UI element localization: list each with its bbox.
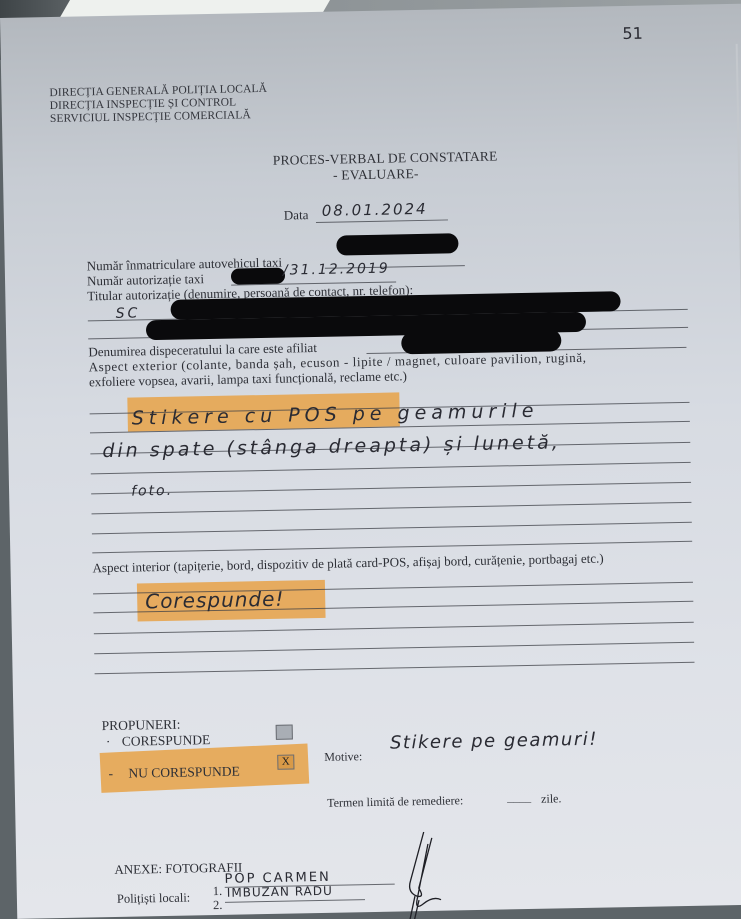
checkbox-corespunde[interactable] (276, 725, 293, 740)
proposals-heading: PROPUNERI: (101, 717, 180, 734)
interior-note: Corespunde! (145, 587, 285, 614)
interior-line-4 (94, 642, 694, 655)
redaction-registration (336, 233, 458, 255)
exterior-line-5 (91, 482, 691, 495)
officer-1-index: 1. (213, 884, 223, 899)
interior-line-3 (94, 622, 694, 635)
option-label: NU CORESPUNDE (128, 764, 240, 781)
deadline-label: Termen limită de remediere: (327, 793, 463, 811)
officer-2-underline (225, 899, 365, 903)
reasons-value: Stikere pe geamuri! (390, 729, 598, 754)
option-corespunde[interactable]: · CORESPUNDE (106, 732, 211, 749)
date-label: Data (284, 207, 309, 222)
checkbox-nu-corespunde[interactable]: X (277, 754, 294, 769)
check-mark-icon: X (282, 756, 290, 768)
deadline-value[interactable]: ____ (507, 790, 531, 805)
document-page: 51 DIRECȚIA GENERALĂ POLIȚIA LOCALĂ DIRE… (0, 4, 741, 919)
header-line-3: SERVICIUL INSPECȚIE COMERCIALĂ (50, 109, 251, 126)
authorization-date: /31.12.2019 (283, 261, 390, 279)
interior-line-5 (95, 662, 695, 675)
exterior-line-6 (92, 502, 692, 515)
date-underline (316, 219, 448, 223)
signature-icon (388, 829, 460, 919)
deadline-unit: zile. (541, 791, 562, 806)
interior-label: Aspect interior (tapițerie, bord, dispoz… (92, 551, 603, 576)
officer-2-name: IMBUZAN RADU (227, 884, 333, 900)
annexes-label: ANEXE: FOTOGRAFII (114, 860, 242, 877)
option-bullet: · (106, 734, 111, 749)
paper-edge (736, 44, 741, 919)
exterior-note-2: din spate (stânga dreapta) și lunetă, (102, 431, 561, 462)
officer-2-index: 2. (213, 898, 223, 913)
option-label: CORESPUNDE (122, 732, 211, 749)
redaction-authorization (231, 268, 285, 285)
exterior-line-4 (91, 462, 691, 475)
exterior-note-3: foto. (131, 483, 173, 500)
exterior-line-7 (92, 522, 692, 535)
reasons-label: Motive: (324, 749, 362, 765)
date-value: 08.01.2024 (322, 200, 428, 220)
option-nu-corespunde[interactable]: - NU CORESPUNDE (108, 764, 240, 782)
option-bullet: - (108, 766, 113, 781)
officers-label: Polițiști locali: (117, 891, 191, 907)
document-title: PROCES-VERBAL DE CONSTATARE (273, 148, 498, 167)
document-subtitle: - EVALUARE- (333, 166, 419, 183)
page-number: 51 (622, 24, 643, 43)
